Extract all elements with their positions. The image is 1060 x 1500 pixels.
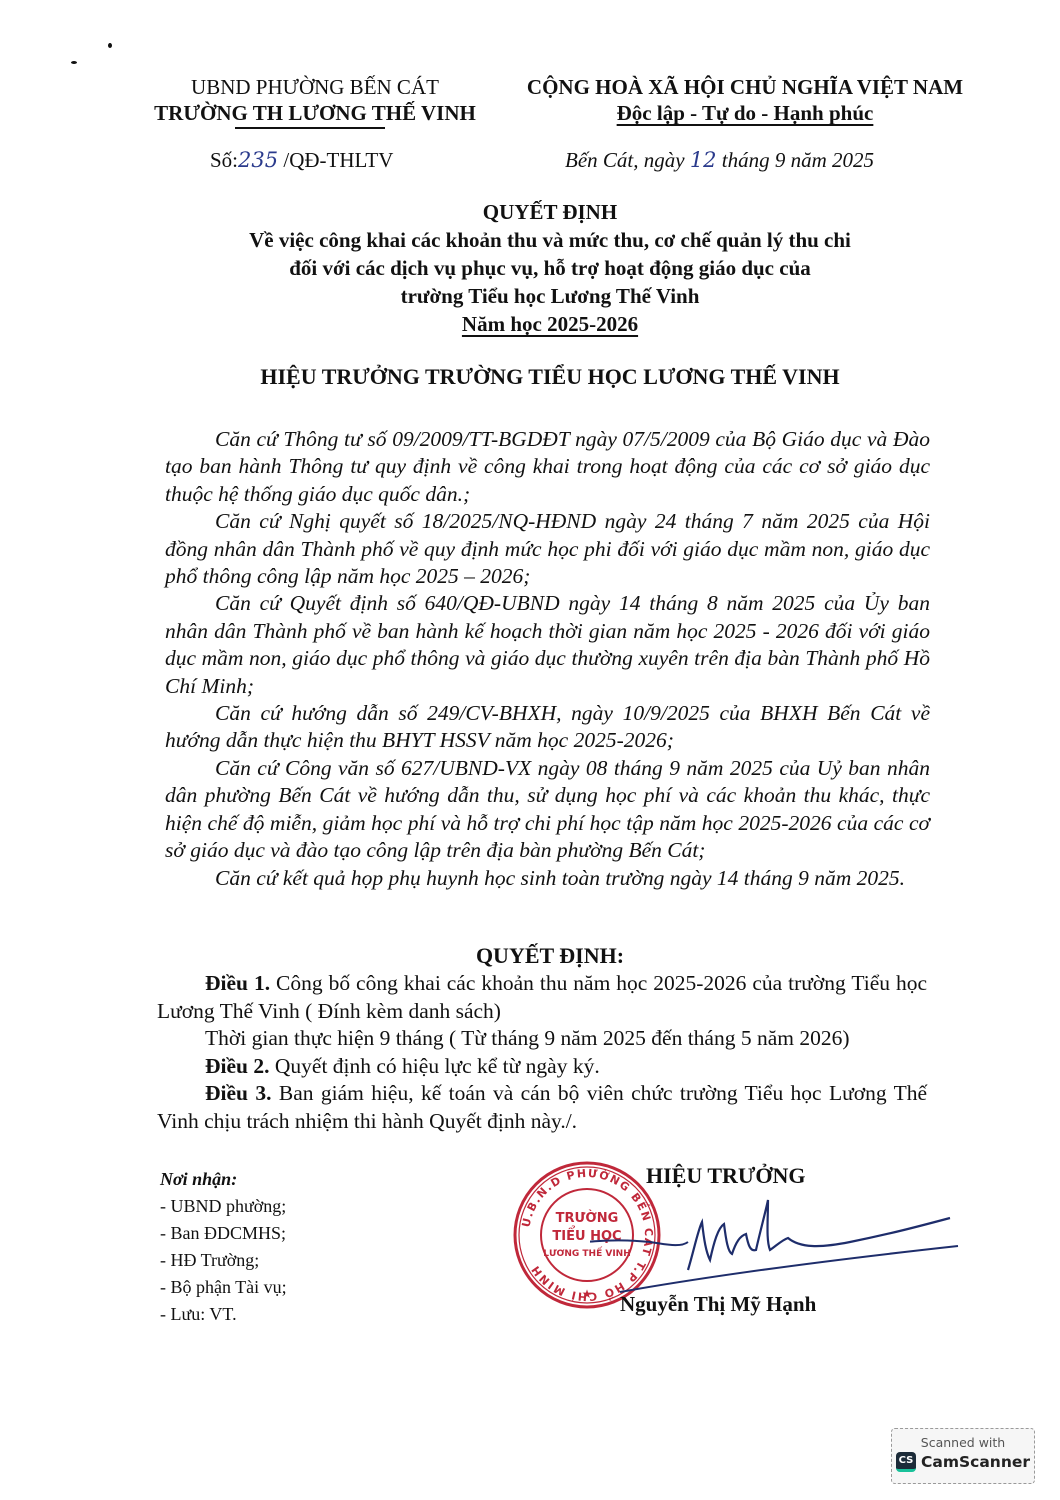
authority-name: UBND PHƯỜNG BẾN CÁT	[140, 74, 490, 100]
camscanner-watermark: Scanned with CS CamScanner	[891, 1428, 1035, 1484]
place-date: Bến Cát, ngày 12 tháng 9 năm 2025	[565, 148, 874, 173]
national-header: CỘNG HOÀ XÃ HỘI CHỦ NGHĨA VIỆT NAM Độc l…	[505, 74, 985, 126]
signer-title: HIỆU TRƯỞNG	[646, 1163, 806, 1189]
watermark-caption: Scanned with	[892, 1435, 1034, 1450]
signer-name: Nguyễn Thị Mỹ Hạnh	[620, 1292, 816, 1317]
document-title: QUYẾT ĐỊNH Về việc công khai các khoản t…	[150, 198, 950, 338]
article-2: Điều 2. Quyết định có hiệu lực kể từ ngà…	[157, 1053, 927, 1081]
basis-item: Căn cứ Thông tư số 09/2009/TT-BGDĐT ngày…	[165, 426, 930, 508]
school-name: TRƯỜNG TH LƯƠNG THẾ VINH	[140, 100, 490, 126]
nation-name: CỘNG HOÀ XÃ HỘI CHỦ NGHĨA VIỆT NAM	[505, 74, 985, 100]
article-3: Điều 3. Ban giám hiệu, kế toán và cán bộ…	[157, 1080, 927, 1135]
title-heading: QUYẾT ĐỊNH	[150, 198, 950, 226]
recipients-heading: Nơi nhận:	[160, 1166, 287, 1193]
document-number: Số:235 /QĐ-THLTV	[210, 148, 393, 173]
subject-line: Về việc công khai các khoản thu và mức t…	[150, 226, 950, 254]
recipient-item: - Lưu: VT.	[160, 1301, 287, 1328]
decision-articles: Điều 1. Công bố công khai các khoản thu …	[157, 970, 927, 1135]
article-1-period: Thời gian thực hiện 9 tháng ( Từ tháng 9…	[157, 1025, 927, 1053]
handwritten-signature-icon	[590, 1190, 960, 1300]
decision-heading: QUYẾT ĐỊNH:	[150, 943, 950, 969]
school-underline	[235, 127, 385, 129]
subject-line: trường Tiểu học Lương Thế Vinh	[150, 282, 950, 310]
scan-speck	[108, 43, 112, 48]
subject-line: đối với các dịch vụ phục vụ, hỗ trợ hoạt…	[150, 254, 950, 282]
recipient-item: - Ban ĐDCMHS;	[160, 1220, 287, 1247]
recipient-item: - UBND phường;	[160, 1193, 287, 1220]
basis-item: Căn cứ Công văn số 627/UBND-VX ngày 08 t…	[165, 755, 930, 865]
recipient-item: - Bộ phận Tài vụ;	[160, 1274, 287, 1301]
article-1: Điều 1. Công bố công khai các khoản thu …	[157, 970, 927, 1025]
recipient-item: - HĐ Trường;	[160, 1247, 287, 1274]
national-motto: Độc lập - Tự do - Hạnh phúc	[505, 100, 985, 126]
handwritten-number: 235	[238, 148, 278, 172]
issuing-authority-block: UBND PHƯỜNG BẾN CÁT TRƯỜNG TH LƯƠNG THẾ …	[140, 74, 490, 126]
camscanner-logo-icon: CS	[896, 1452, 916, 1472]
scan-speck	[71, 61, 77, 64]
handwritten-day: 12	[690, 148, 717, 172]
basis-item: Căn cứ Nghị quyết số 18/2025/NQ-HĐND ngà…	[165, 508, 930, 590]
basis-item: Căn cứ Quyết định số 640/QĐ-UBND ngày 14…	[165, 590, 930, 700]
school-year: Năm học 2025-2026	[462, 312, 638, 336]
issuer-heading: HIỆU TRƯỞNG TRƯỜNG TIỂU HỌC LƯƠNG THẾ VI…	[150, 364, 950, 390]
basis-item: Căn cứ kết quả họp phụ huynh học sinh to…	[165, 865, 930, 892]
basis-item: Căn cứ hướng dẫn số 249/CV-BHXH, ngày 10…	[165, 700, 930, 755]
watermark-brand: CamScanner	[921, 1453, 1030, 1471]
recipients-list: Nơi nhận: - UBND phường; - Ban ĐDCMHS; -…	[160, 1166, 287, 1328]
legal-basis: Căn cứ Thông tư số 09/2009/TT-BGDĐT ngày…	[165, 426, 930, 892]
